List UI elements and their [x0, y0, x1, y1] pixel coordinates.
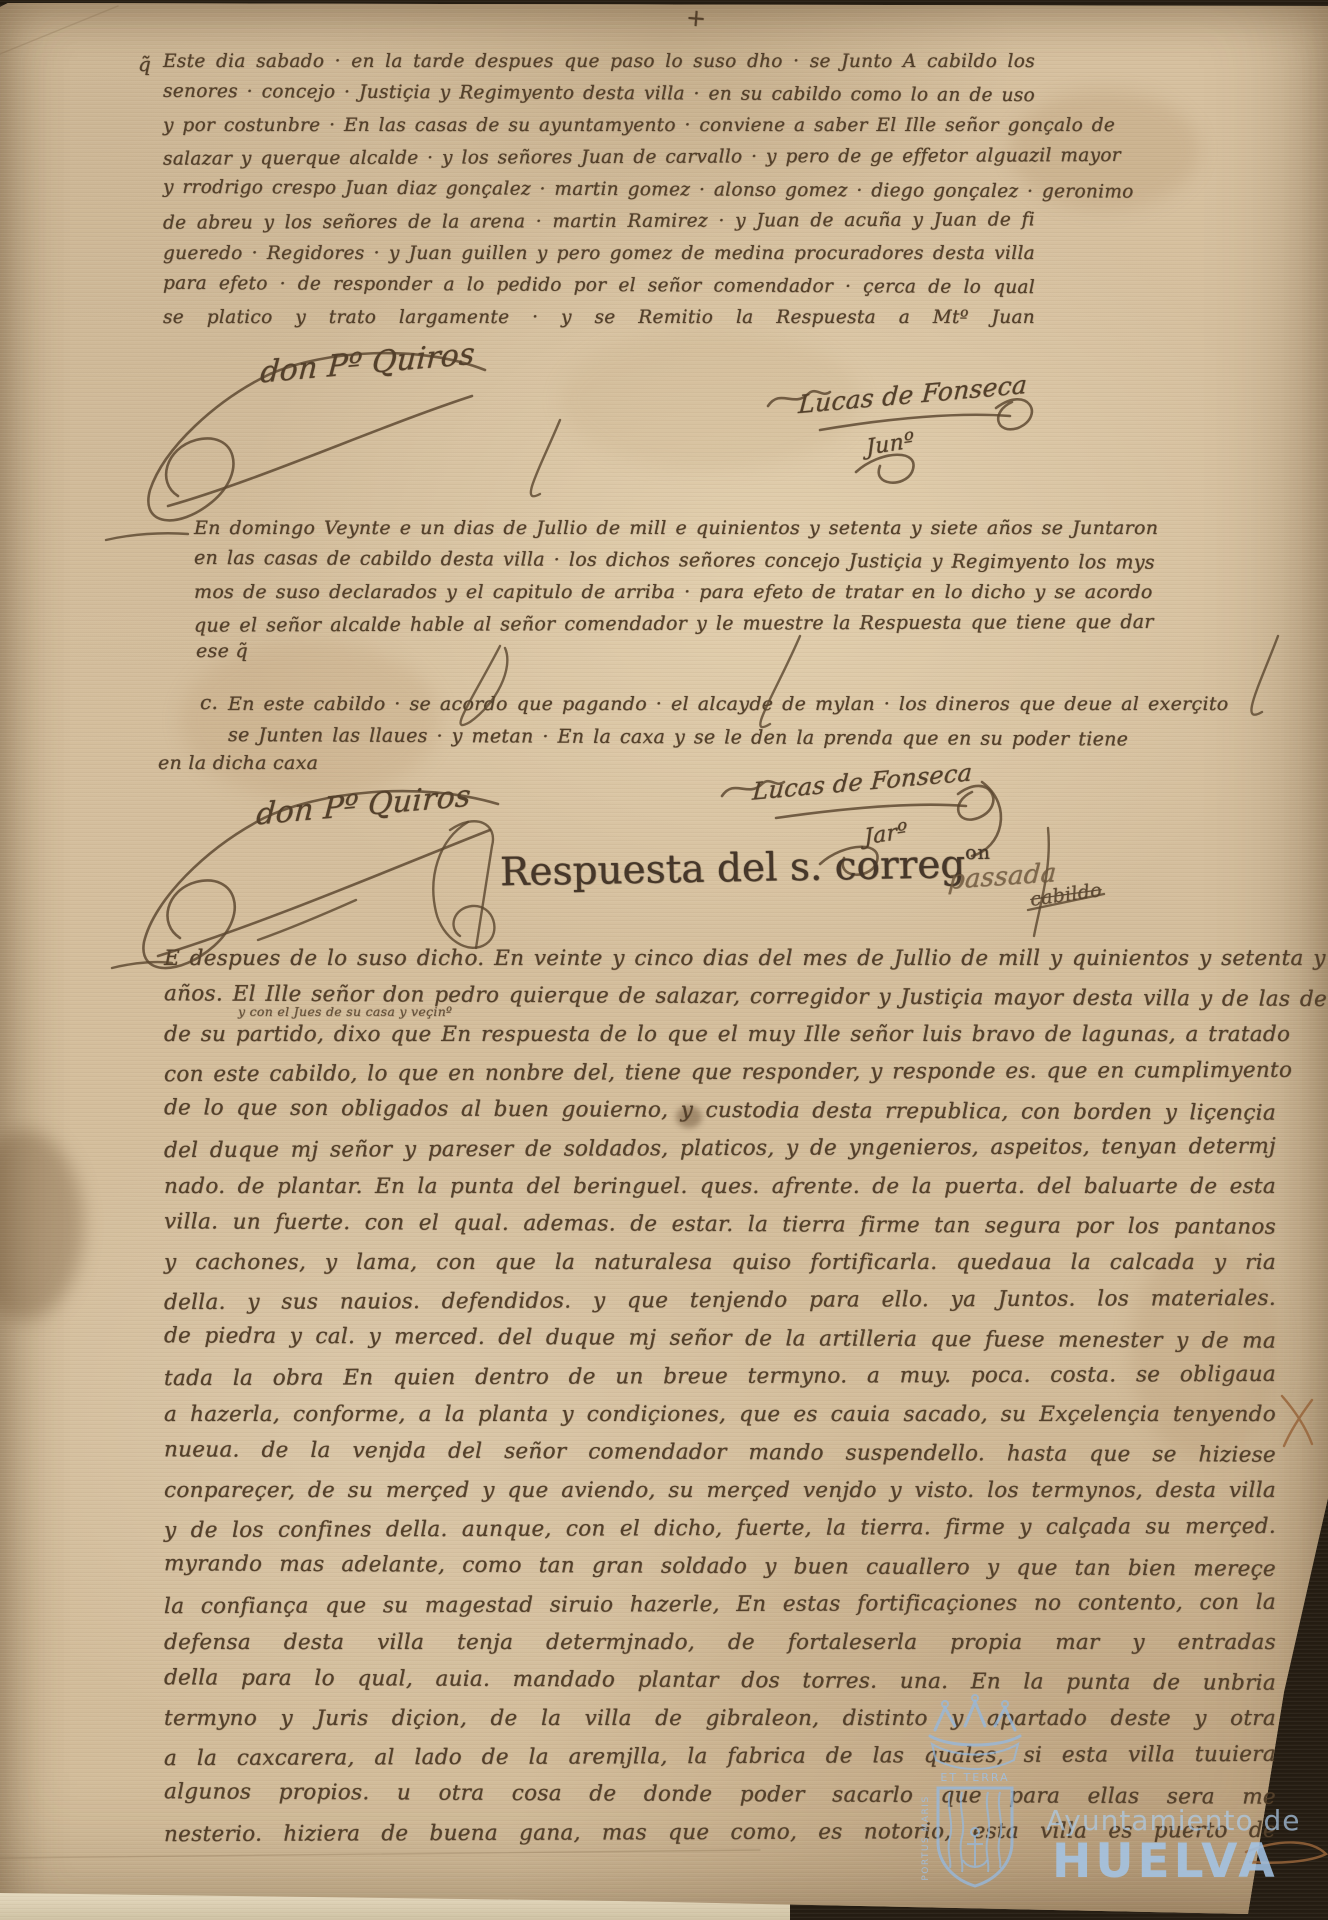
manuscript-page: + q̃ Este dia sabado · en la tarde despu…	[0, 0, 1328, 1920]
paragraph-session-saturday: Este dia sabado · en la tarde despues qu…	[163, 46, 1035, 334]
paragraph-accord-keys: En este cabildo · se acordo que pagando …	[228, 688, 1028, 754]
manuscript-line: termyno y Juris diçion, de la villa de g…	[164, 1700, 1276, 1738]
manuscript-line: nesterio. hiziera de buena gana, mas que…	[164, 1812, 1276, 1854]
manuscript-line: en las casas de cabildo desta villa · lo…	[194, 542, 1040, 578]
manuscript-line: Este dia sabado · en la tarde despues qu…	[163, 46, 1035, 78]
manuscript-line: con este cabildo, lo que en nonbre del, …	[164, 1052, 1276, 1094]
heading-text: Respuesta del s. correg	[500, 842, 966, 895]
manuscript-line: senores · concejo · Justiçia y Regimyent…	[163, 76, 1035, 112]
paragraph-tail: ese q̃	[196, 640, 248, 662]
manuscript-line: nado. de plantar. En la punta del bering…	[164, 1168, 1276, 1206]
manuscript-line: myrando mas adelante, como tan gran sold…	[164, 1545, 1276, 1588]
paragraph-respuesta-body: E despues de lo suso dicho. En veinte y …	[164, 940, 1276, 1852]
heading-superscript: on	[965, 842, 991, 864]
manuscript-line: de lo que son obligados al buen gouierno…	[164, 1089, 1276, 1132]
manuscript-line: En este cabildo · se acordo que pagando …	[228, 688, 1028, 721]
manuscript-line: a hazerla, conforme, a la planta y condi…	[164, 1396, 1276, 1434]
manuscript-line: nueua. de la venjda del señor comendador…	[164, 1431, 1276, 1474]
manuscript-line: mos de suso declarados y el capitulo de …	[194, 576, 1040, 608]
signature-left-escribano: don Pº Quiros	[120, 330, 500, 520]
manuscript-line: de abreu y los señores de la arena · mar…	[163, 204, 1035, 239]
manuscript-line: tada la obra En quien dentro de un breue…	[164, 1356, 1276, 1398]
signature-left-escribano: don Pº Quiros	[118, 770, 518, 970]
manuscript-line: a la caxcarera, al lado de la aremjlla, …	[164, 1736, 1276, 1778]
manuscript-line: para efeto · de responder a lo pedido po…	[163, 268, 1035, 304]
manuscript-line: y cachones, y lama, con que la naturales…	[164, 1244, 1276, 1282]
section-heading-respuesta: Respuesta del s. corregon	[500, 842, 992, 896]
manuscript-line: de su partido, dixo que En respuesta de …	[164, 1016, 1276, 1054]
interlinear-note: y con el Jues de su casa y veçinº	[238, 1004, 452, 1019]
manuscript-line: gueredo · Regidores · y Juan guillen y p…	[163, 238, 1035, 270]
paragraph-marker: q̃	[138, 52, 151, 76]
manuscript-line: villa. un fuerte. con el qual. ademas. d…	[164, 1203, 1276, 1246]
manuscript-line: della para lo qual, auia. mandado planta…	[164, 1659, 1276, 1702]
manuscript-line: salazar y querque alcalde · y los señore…	[163, 140, 1035, 175]
manuscript-line: que el señor alcalde hable al señor come…	[194, 606, 1040, 641]
invocation-cross: +	[685, 3, 707, 32]
manuscript-line: y rrodrigo crespo Juan diaz gonçalez · m…	[163, 172, 1035, 208]
signature-right-fonseca: Lucas de Fonseca Junº	[760, 372, 1060, 502]
manuscript-line: conpareçer, de su merçed y que aviendo, …	[164, 1472, 1276, 1510]
manuscript-line: del duque mj señor y pareser de soldados…	[164, 1128, 1276, 1170]
manuscript-line: della. y sus nauios. defendidos. y que t…	[164, 1280, 1276, 1322]
manuscript-line: la confiança que su magestad siruio haze…	[164, 1584, 1276, 1626]
manuscript-line: se Junten las llaues · y metan · En la c…	[228, 719, 1028, 756]
manuscript-line: de piedra y cal. y merced. del duque mj …	[164, 1317, 1276, 1360]
paragraph-session-sunday: En domingo Veynte e un dias de Jullio de…	[194, 512, 1040, 640]
manuscript-line: defensa desta villa tenja determjnado, d…	[164, 1624, 1276, 1662]
manuscript-line: y de los confines della. aunque, con el …	[164, 1508, 1276, 1550]
manuscript-line: y por costunbre · En las casas de su ayu…	[163, 110, 1035, 142]
paragraph-marker: c.	[200, 690, 218, 714]
manuscript-line: algunos propios. u otra cosa de donde po…	[164, 1773, 1276, 1816]
